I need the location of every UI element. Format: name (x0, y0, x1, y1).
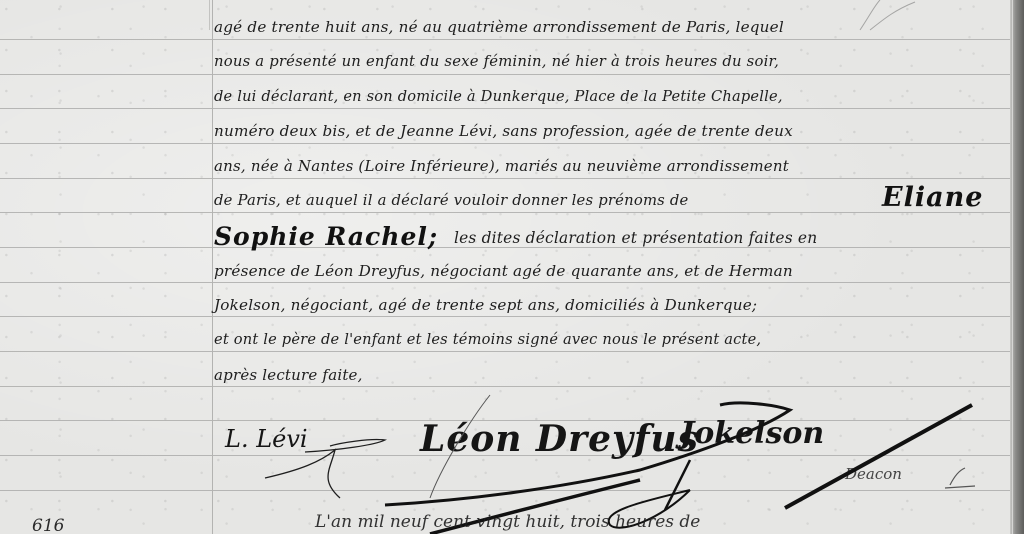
ruled-line (0, 143, 1010, 144)
record-line-10: et ont le père de l'enfant et les témoin… (214, 331, 761, 348)
signature-l-levi: L. Lévi (225, 425, 308, 453)
ruled-line (0, 212, 1010, 213)
given-names-rest: Sophie Rachel; (214, 222, 438, 251)
signature-leon-dreyfus: Léon Dreyfus (420, 418, 699, 460)
ruled-line (0, 282, 1010, 283)
ruled-line (0, 39, 1010, 40)
ruled-line (0, 178, 1010, 179)
margin-rule-double (209, 0, 210, 30)
ruled-line (0, 108, 1010, 109)
ruled-line (0, 351, 1010, 352)
record-line-11: après lecture faite, (214, 366, 363, 384)
ruled-line (0, 386, 1010, 387)
record-line-9: Jokelson, négociant, agé de trente sept … (214, 296, 757, 314)
record-line-8: présence de Léon Dreyfus, négociant agé … (214, 262, 793, 280)
ruled-line (0, 247, 1010, 248)
margin-entry-number: 616 (32, 516, 64, 534)
margin-rule (212, 0, 213, 534)
signature-deacon: Deacon (845, 465, 902, 483)
record-line-6-text: de Paris, et auquel il a déclaré vouloir… (214, 192, 689, 209)
ruled-line (0, 74, 1010, 75)
given-name-first: Eliane (882, 182, 983, 213)
record-line-7: Sophie Rachel; les dites déclaration et … (214, 222, 438, 251)
record-line-7-text: les dites déclaration et présentation fa… (454, 229, 817, 247)
ruled-line (0, 316, 1010, 317)
record-line-6: de Paris, et auquel il a déclaré vouloir… (214, 192, 689, 209)
register-page: agé de trente huit ans, né au quatrième … (0, 0, 1024, 534)
record-line-4: numéro deux bis, et de Jeanne Lévi, sans… (214, 122, 793, 140)
record-line-3: de lui déclarant, en son domicile à Dunk… (214, 88, 783, 105)
ruled-line (0, 490, 1010, 491)
record-line-2: nous a présenté un enfant du sexe fémini… (214, 53, 779, 70)
next-entry-start: L'an mil neuf cent vingt huit, trois heu… (315, 512, 700, 532)
record-line-1: agé de trente huit ans, né au quatrième … (214, 18, 784, 36)
signature-jokelson: Jokelson (680, 416, 824, 451)
page-binding-edge (1010, 0, 1024, 534)
record-line-5: ans, née à Nantes (Loire Inférieure), ma… (214, 157, 789, 175)
